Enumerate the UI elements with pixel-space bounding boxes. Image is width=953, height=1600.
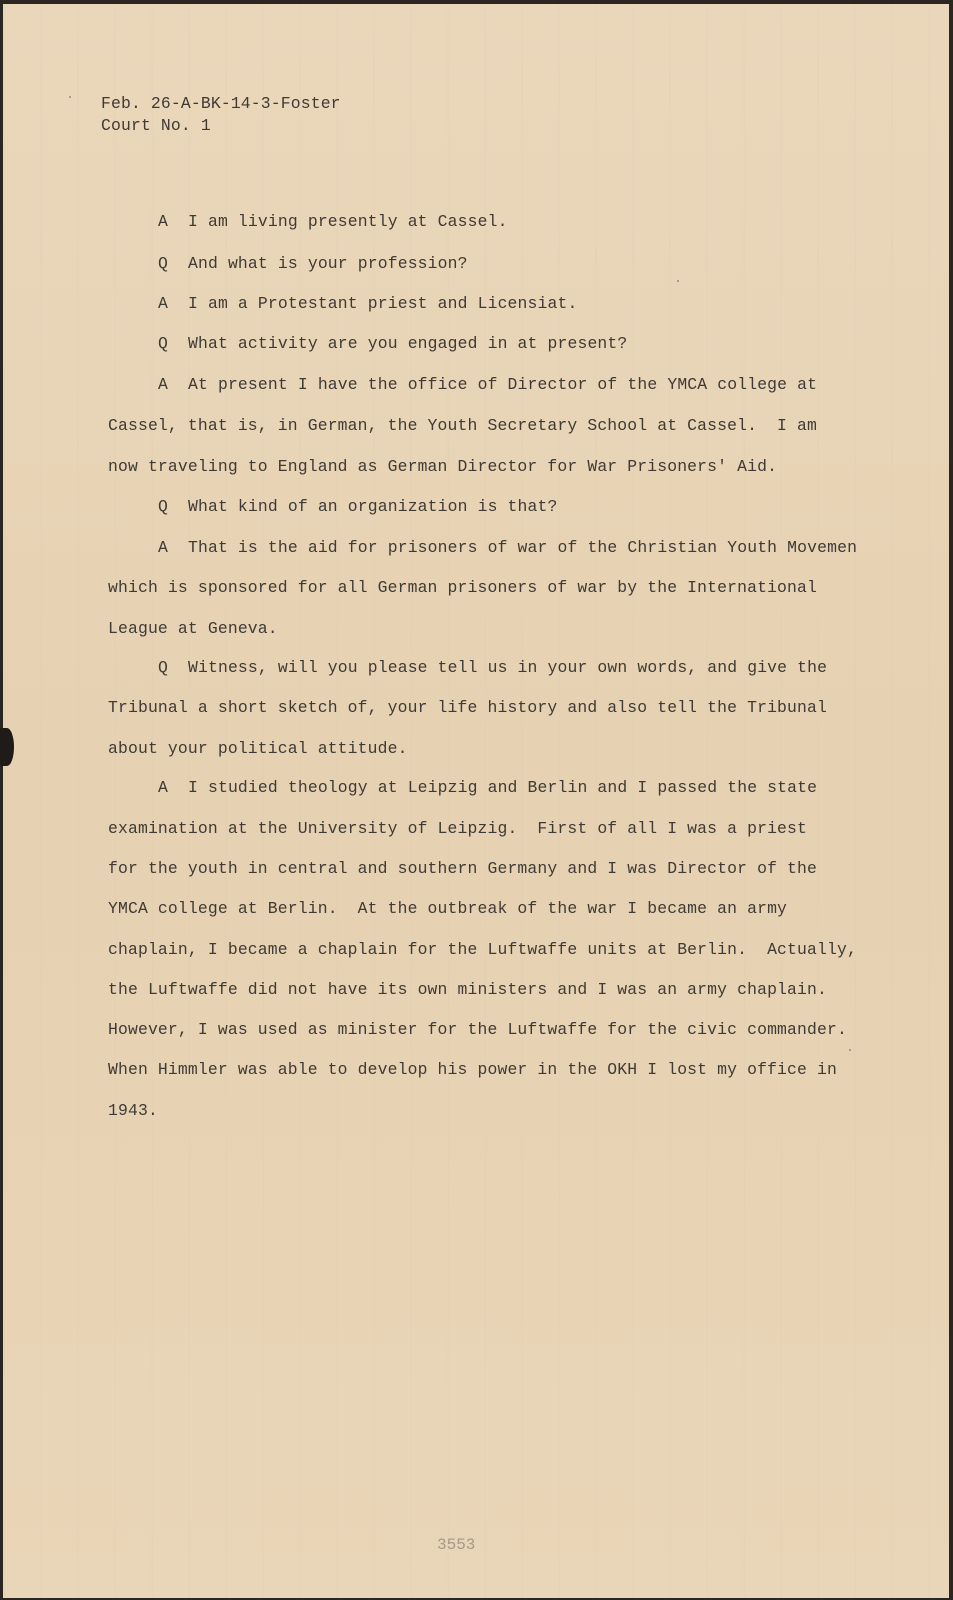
transcript-answer: AAt present I have the office of Directo… <box>158 375 817 395</box>
question-text: And what is your profession? <box>188 254 468 273</box>
transcript-answer: AI am a Protestant priest and Licensiat. <box>158 294 577 314</box>
answer-continuation: However, I was used as minister for the … <box>108 1020 847 1040</box>
question-text: What activity are you engaged in at pres… <box>188 334 627 353</box>
answer-continuation: examination at the University of Leipzig… <box>108 819 807 839</box>
transcript-answer: AI am living presently at Cassel. <box>158 212 508 232</box>
transcript-question: QWitness, will you please tell us in you… <box>158 658 827 678</box>
answer-text: I am living presently at Cassel. <box>188 212 508 231</box>
speaker-label: A <box>158 778 188 798</box>
answer-continuation: 1943. <box>108 1101 158 1121</box>
question-continuation: Tribunal a short sketch of, your life hi… <box>108 698 827 718</box>
page-number: 3553 <box>437 1536 475 1554</box>
question-continuation: about your political attitude. <box>108 739 408 759</box>
answer-continuation: chaplain, I became a chaplain for the Lu… <box>108 940 857 960</box>
document-page: Feb. 26-A-BK-14-3-Foster Court No. 1 AI … <box>3 4 949 1598</box>
answer-continuation: the Luftwaffe did not have its own minis… <box>108 980 827 1000</box>
speaker-label: Q <box>158 254 188 274</box>
paper-speck <box>849 1049 851 1051</box>
transcript-question: QAnd what is your profession? <box>158 254 468 274</box>
answer-continuation: now traveling to England as German Direc… <box>108 457 777 477</box>
answer-continuation: which is sponsored for all German prison… <box>108 578 817 598</box>
answer-text: I am a Protestant priest and Licensiat. <box>188 294 577 313</box>
transcript-answer: AI studied theology at Leipzig and Berli… <box>158 778 817 798</box>
answer-continuation: Cassel, that is, in German, the Youth Se… <box>108 416 817 436</box>
question-text: Witness, will you please tell us in your… <box>188 658 827 677</box>
answer-continuation: for the youth in central and southern Ge… <box>108 859 817 879</box>
speaker-label: Q <box>158 334 188 354</box>
speaker-label: Q <box>158 658 188 678</box>
transcript-answer: AThat is the aid for prisoners of war of… <box>158 538 857 558</box>
header-reference: Feb. 26-A-BK-14-3-Foster <box>101 94 341 114</box>
answer-text: At present I have the office of Director… <box>188 375 817 394</box>
answer-text: I studied theology at Leipzig and Berlin… <box>188 778 817 797</box>
speaker-label: A <box>158 375 188 395</box>
answer-continuation: YMCA college at Berlin. At the outbreak … <box>108 899 787 919</box>
question-text: What kind of an organization is that? <box>188 497 557 516</box>
binder-clip-shadow <box>0 728 14 766</box>
answer-continuation: League at Geneva. <box>108 619 278 639</box>
header-court: Court No. 1 <box>101 116 211 136</box>
speaker-label: A <box>158 294 188 314</box>
paper-speck <box>69 96 71 98</box>
answer-continuation: When Himmler was able to develop his pow… <box>108 1060 837 1080</box>
paper-speck <box>677 280 679 282</box>
speaker-label: Q <box>158 497 188 517</box>
speaker-label: A <box>158 212 188 232</box>
transcript-question: QWhat activity are you engaged in at pre… <box>158 334 627 354</box>
speaker-label: A <box>158 538 188 558</box>
answer-text: That is the aid for prisoners of war of … <box>188 538 857 557</box>
transcript-question: QWhat kind of an organization is that? <box>158 497 557 517</box>
